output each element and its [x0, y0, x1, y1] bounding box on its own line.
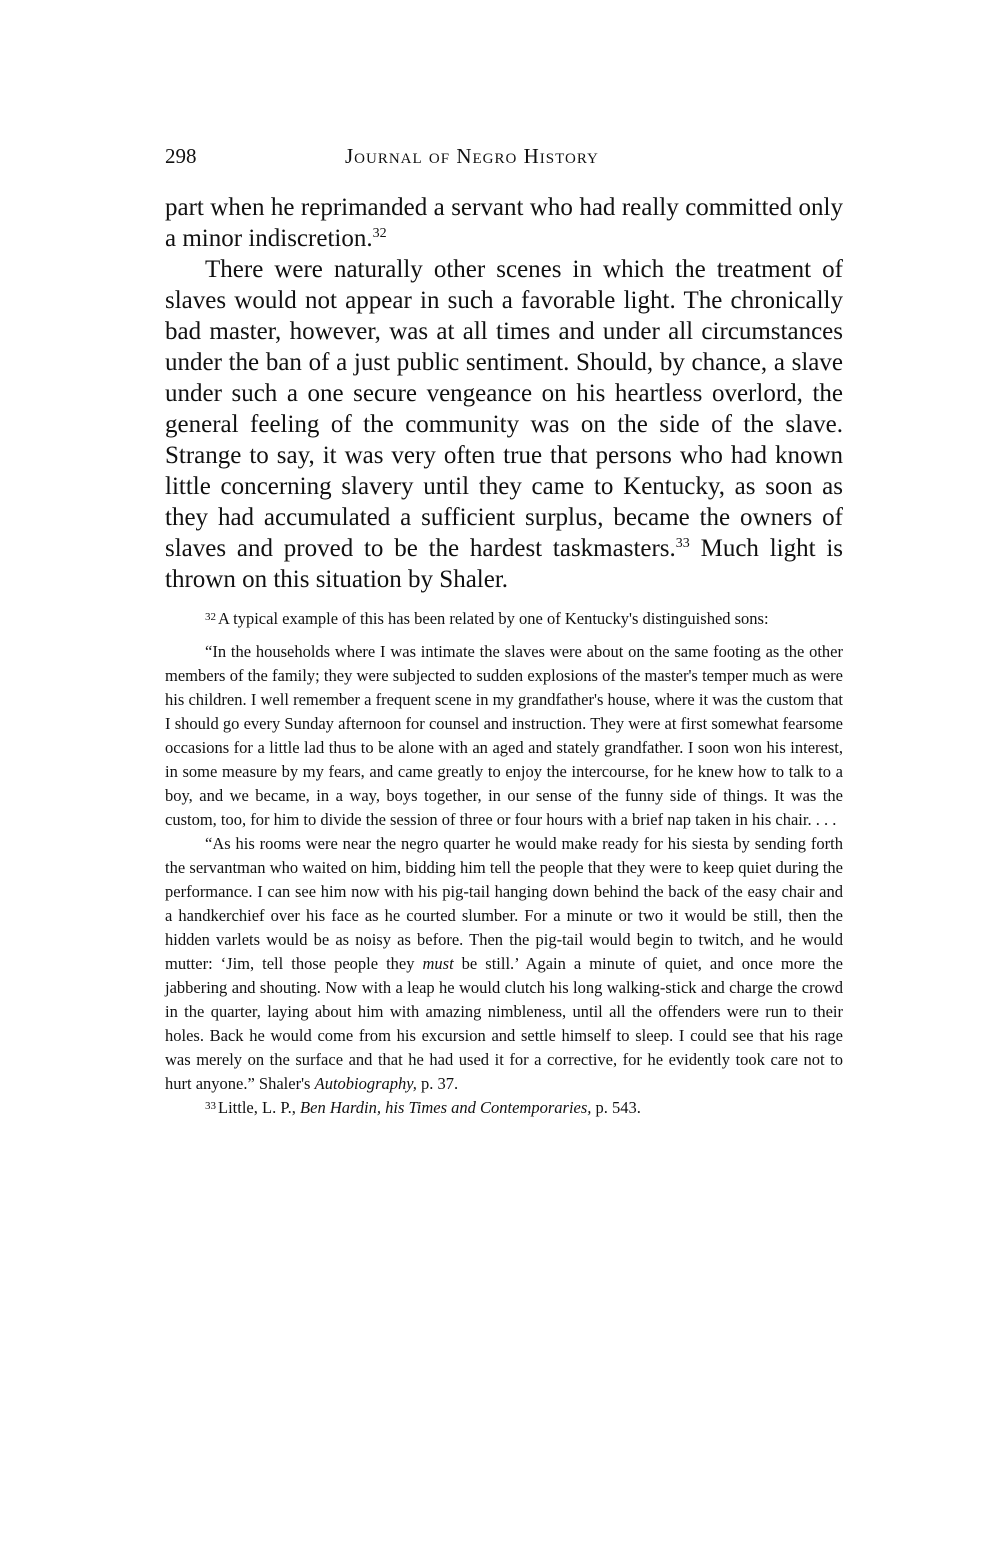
page-number: 298: [165, 142, 197, 170]
running-head: 298 Journal of Negro History: [165, 142, 843, 170]
footnote-ref-33: 33: [676, 536, 690, 551]
footnote-mark: 32: [205, 611, 216, 623]
quote-emphasis: must: [423, 954, 454, 973]
footnote-mark: 33: [205, 1100, 216, 1112]
body-paragraph-1: part when he reprimanded a servant who h…: [165, 192, 843, 254]
citation-title: Ben Hardin, his Times and Contemporaries…: [300, 1098, 591, 1117]
footnote-33: 33Little, L. P., Ben Hardin, his Times a…: [165, 1096, 843, 1120]
citation-author: Little, L. P.,: [218, 1098, 300, 1117]
quote-text: “In the households where I was intimate …: [165, 642, 843, 829]
footnote-quote-1: “In the households where I was intimate …: [165, 640, 843, 832]
footnote-32: 32A typical example of this has been rel…: [165, 607, 843, 631]
footnote-quote-2: “As his rooms were near the negro quarte…: [165, 832, 843, 1096]
body-paragraph-2: There were naturally other scenes in whi…: [165, 254, 843, 595]
footnotes: 32A typical example of this has been rel…: [165, 607, 843, 1120]
quote-text-continued: be still.’ Again a minute of quiet, and …: [165, 954, 843, 1093]
citation-page: p. 543.: [591, 1098, 641, 1117]
journal-title: Journal of Negro History: [345, 142, 599, 170]
footnote-ref-32: 32: [373, 226, 387, 241]
journal-page: 298 Journal of Negro History part when h…: [165, 142, 843, 1120]
paragraph-text: There were naturally other scenes in whi…: [165, 256, 843, 562]
citation-title: Autobiography,: [315, 1074, 417, 1093]
quote-text: “As his rooms were near the negro quarte…: [165, 834, 843, 973]
footnote-intro: A typical example of this has been relat…: [218, 609, 769, 628]
paragraph-text: part when he reprimanded a servant who h…: [165, 194, 843, 252]
body-text: part when he reprimanded a servant who h…: [165, 192, 843, 595]
citation-page: p. 37.: [417, 1074, 458, 1093]
